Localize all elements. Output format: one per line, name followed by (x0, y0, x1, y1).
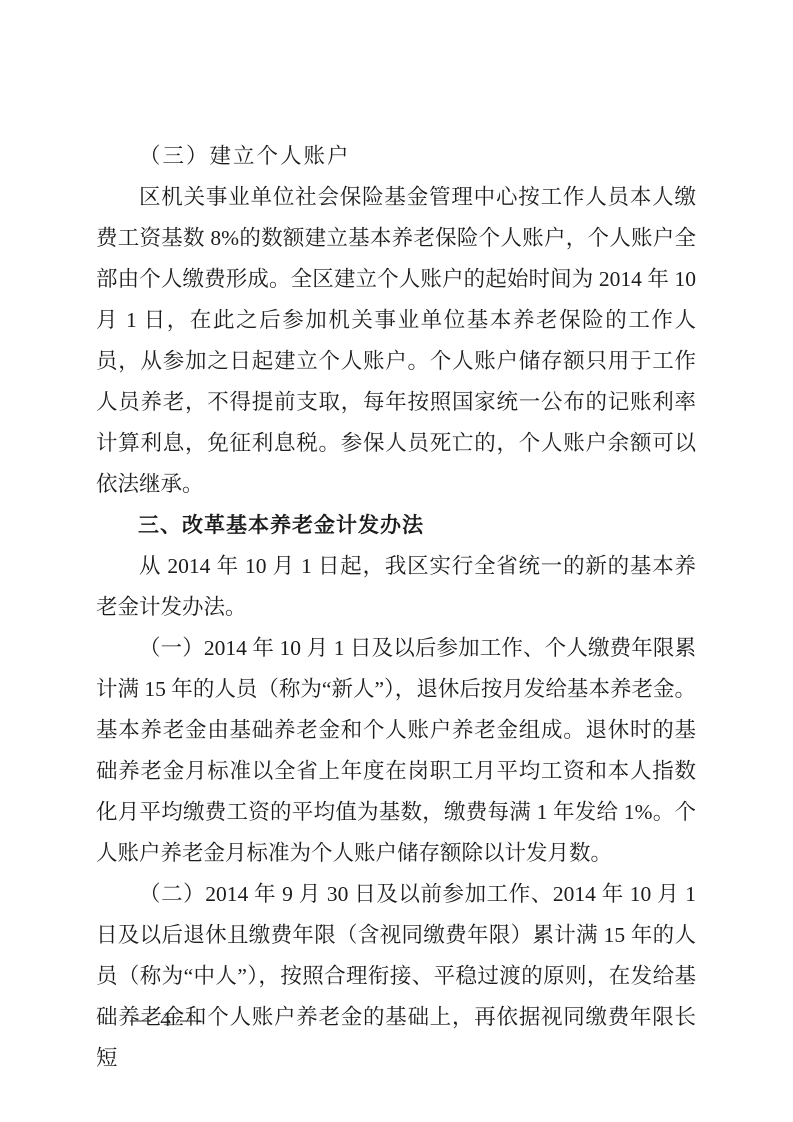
paragraph: （一）2014 年 10 月 1 日及以后参加工作、个人缴费年限累计满 15 年… (96, 628, 696, 874)
paragraph: 区机关事业单位社会保险基金管理中心按工作人员本人缴费工资基数 8%的数额建立基本… (96, 177, 696, 505)
document-page: （三）建立个人账户 区机关事业单位社会保险基金管理中心按工作人员本人缴费工资基数… (0, 0, 793, 1122)
document-body: （三）建立个人账户 区机关事业单位社会保险基金管理中心按工作人员本人缴费工资基数… (96, 136, 696, 1079)
subsection-heading: （三）建立个人账户 (96, 136, 696, 177)
page-number: — 4 — (130, 1004, 203, 1034)
paragraph: （二）2014 年 9 月 30 日及以前参加工作、2014 年 10 月 1 … (96, 874, 696, 1079)
section-heading: 三、改革基本养老金计发办法 (96, 505, 696, 546)
paragraph: 从 2014 年 10 月 1 日起，我区实行全省统一的新的基本养老金计发办法。 (96, 546, 696, 628)
